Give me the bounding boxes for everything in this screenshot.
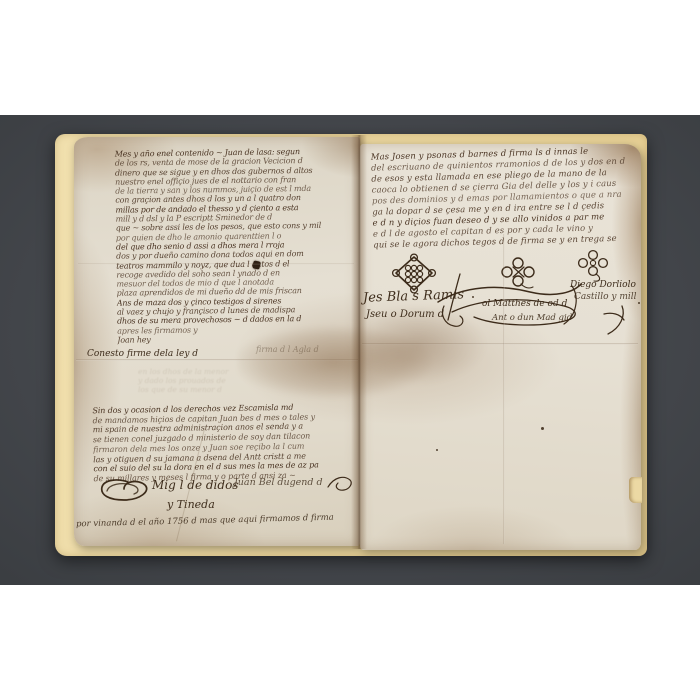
left-page-signoff: Conesto firme dela ley d [87,349,198,359]
ink-speck [638,302,640,304]
manuscript-line: en los dhos de la menor [138,367,338,376]
photograph-background: Mes y año enel contenido ~ Juan de lasa:… [0,115,700,585]
page-crease [78,263,354,265]
left-signature-1: Mig l de didos [152,478,238,492]
manuscript-left-page: Mes y año enel contenido ~ Juan de lasa:… [74,137,360,546]
left-signature-3: y Tineda [167,498,215,511]
left-page-bleedthrough-text: en los dhos de la menory dado los prouad… [138,367,338,394]
manuscript-line: y dado los prouados de [138,376,338,385]
ink-speck [541,427,544,430]
ink-speck [472,296,474,298]
page-crease [503,234,505,544]
ink-blot [252,260,260,269]
right-signature-1-line2: Jseu o Dorum d [366,309,444,320]
manuscript-right-page: Mas Josen y psonas d barnes d firma ls d… [360,144,641,550]
page-crease [362,343,638,345]
signature-flourish-icon [326,473,354,495]
left-page-text-block-1: Mes y año enel contenido ~ Juan de lasa:… [115,146,354,346]
left-page-signoff-faint: firma d l Agla d [256,345,319,354]
ink-speck [436,449,438,451]
manuscript-line: Joan hey [117,332,353,345]
paraph-flourish-icon [598,304,628,336]
left-page-bottom-line: por vinanda d el año 1756 d mas que aqui… [76,513,334,530]
left-signature-2: Juan Bel dugend d [234,477,323,488]
center-fold [351,135,367,549]
page-crease [76,359,358,361]
right-signature-2-line1: ol Matthes de od d [482,299,567,309]
torn-edge-notch [629,477,642,503]
circular-rubric-icon [96,474,152,504]
manuscript-line: los que de su menor d [138,385,338,394]
